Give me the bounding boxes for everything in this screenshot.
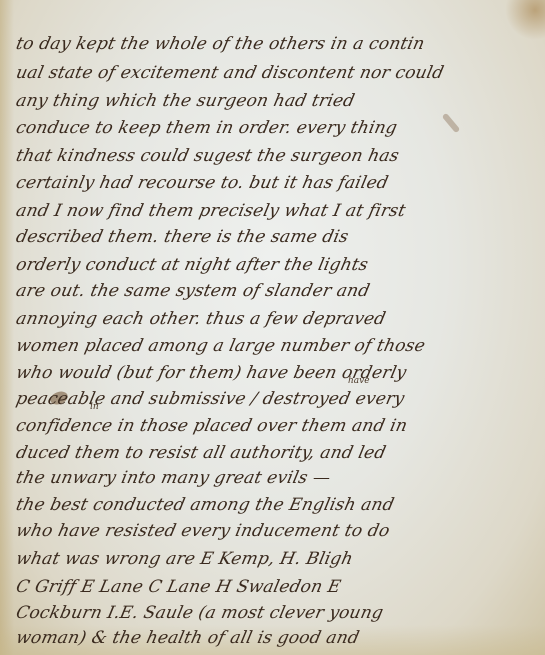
manuscript-line: Cockburn I.E. Saule (a most clever young bbox=[14, 602, 544, 624]
manuscript-line: are out. the same system of slander and bbox=[14, 280, 544, 302]
manuscript-line: ual state of excitement and discontent n… bbox=[14, 62, 544, 84]
manuscript-line: duced them to resist all authority, and … bbox=[14, 442, 544, 464]
manuscript-line: the unwary into many great evils — bbox=[14, 467, 544, 489]
manuscript-line: described them. there is the same dis bbox=[14, 226, 544, 248]
interlinear-insertion: in bbox=[90, 402, 99, 412]
manuscript-line: and I now find them precisely what I at … bbox=[14, 200, 544, 222]
manuscript-line: women placed among a large number of tho… bbox=[14, 335, 544, 357]
manuscript-line: confidence in those placed over them and… bbox=[14, 415, 544, 437]
manuscript-line: any thing which the surgeon had tried bbox=[14, 90, 544, 112]
interlinear-insertion: have bbox=[348, 376, 370, 386]
paper-edge-stain bbox=[0, 0, 14, 655]
manuscript-line: annoying each other. thus a few depraved bbox=[14, 308, 544, 330]
manuscript-line: the best conducted among the English and bbox=[14, 494, 544, 516]
manuscript-line: who have resisted every inducement to do bbox=[14, 520, 544, 542]
manuscript-line: who would (but for them) have been order… bbox=[14, 362, 544, 384]
manuscript-line: conduce to keep them in order. every thi… bbox=[14, 117, 544, 139]
manuscript-line: what was wrong are E Kemp, H. Bligh bbox=[14, 548, 544, 570]
manuscript-line: C Griff E Lane C Lane H Swaledon E bbox=[14, 576, 544, 598]
manuscript-line: woman) & the health of all is good and bbox=[14, 627, 544, 649]
manuscript-line: that kindness could sugest the surgeon h… bbox=[14, 145, 544, 167]
manuscript-line: to day kept the whole of the others in a… bbox=[14, 33, 544, 55]
manuscript-line: certainly had recourse to. but it has fa… bbox=[14, 172, 544, 194]
manuscript-line: orderly conduct at night after the light… bbox=[14, 254, 544, 276]
manuscript-page: to day kept the whole of the others in a… bbox=[0, 0, 545, 655]
